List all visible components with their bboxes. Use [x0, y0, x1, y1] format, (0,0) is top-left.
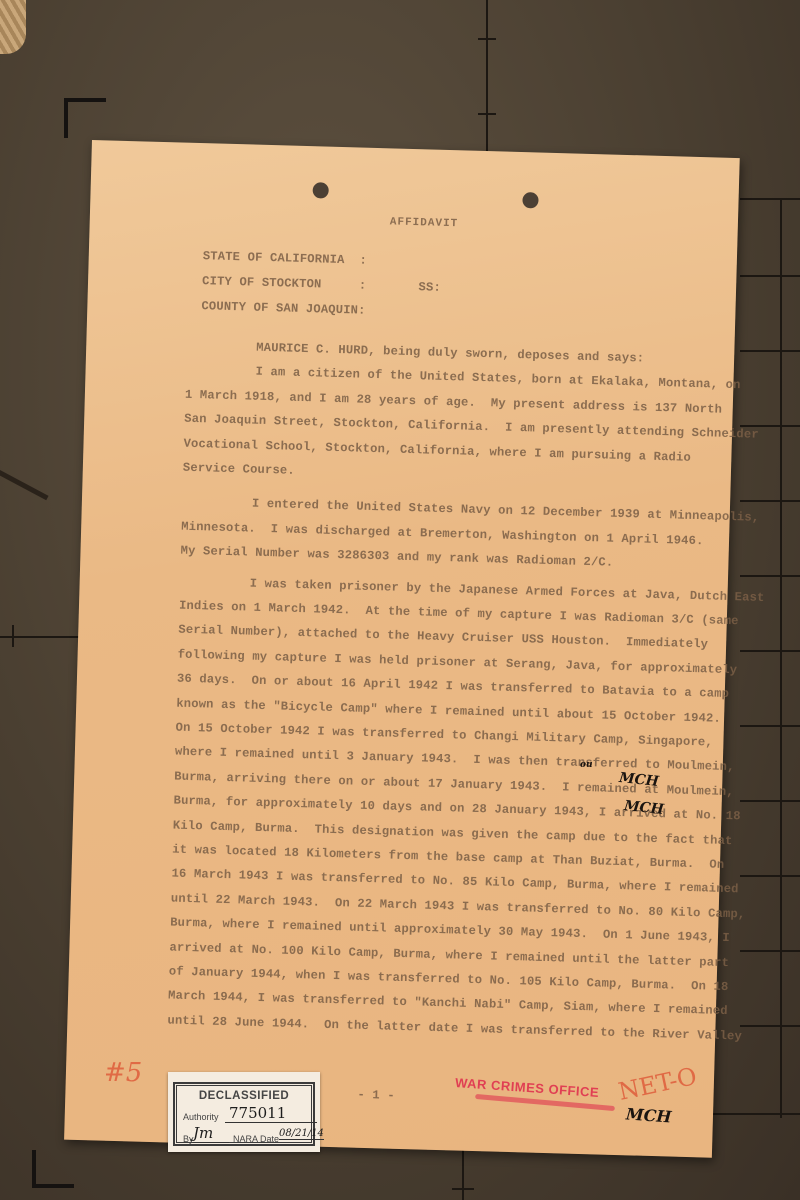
body-line: San Joaquin Street, Stockton, California… [184, 412, 759, 442]
body-line: following my capture I was held prisoner… [177, 647, 737, 677]
grid-line [740, 350, 800, 352]
grid-tick [12, 625, 14, 647]
body-line: My Serial Number was 3286303 and my rank… [180, 544, 613, 570]
grid-line [740, 1025, 800, 1027]
body-line: until 28 June 1944. On the latter date I… [167, 1013, 742, 1043]
body-line: I am a citizen of the United States, bor… [255, 365, 740, 393]
exhibit-number: #5 [104, 1058, 142, 1088]
body-line: Kilo Camp, Burma. This designation was g… [173, 818, 733, 848]
body-line: Serial Number), attached to the Heavy Cr… [178, 623, 708, 652]
grid-line [740, 198, 800, 200]
grid-line [740, 875, 800, 877]
grid-line [740, 575, 800, 577]
body-line: Service Course. [183, 461, 295, 478]
body-line: Indies on 1 March 1942. At the time of m… [179, 599, 739, 629]
body-line: 1 March 1918, and I am 28 years of age. … [185, 387, 723, 416]
corner-mark-bottom-left [32, 1150, 74, 1188]
corner-mark-top-left [64, 98, 106, 138]
body-line: Minnesota. I was discharged at Bremerton… [181, 519, 704, 548]
caption-state: STATE OF CALIFORNIA : [203, 249, 368, 268]
body-line: 36 days. On or about 16 April 1942 I was… [177, 672, 730, 701]
grid-line [740, 950, 800, 952]
body-line: I entered the United States Navy on 12 D… [252, 497, 760, 525]
rope-fragment [0, 0, 26, 54]
by-label: By [183, 1134, 194, 1144]
nara-date-value: 08/21/14 [279, 1128, 324, 1140]
body-line: of January 1944, when I was transferred … [169, 964, 729, 994]
grid-tick [478, 113, 496, 115]
authority-label: Authority [183, 1112, 219, 1122]
body-line: March 1944, I was transferred to "Kanchi… [168, 989, 728, 1019]
body-line: arrived at No. 100 Kilo Camp, Burma, whe… [169, 940, 729, 970]
caption-county: COUNTY OF SAN JOAQUIN: [201, 299, 366, 318]
grid-tick [478, 38, 496, 40]
authority-value: 775011 [225, 1104, 317, 1123]
handwritten-initials: MCH [625, 1104, 672, 1126]
page-number: - 1 - [357, 1088, 395, 1103]
body-line: I was taken prisoner by the Japanese Arm… [249, 576, 764, 604]
affidavit-body: MAURICE C. HURD, being duly sworn, depos… [92, 140, 740, 158]
body-line: known as the "Bicycle Camp" where I rema… [176, 696, 721, 725]
body-line: until 22 March 1943. On 22 March 1943 I … [171, 891, 746, 921]
punch-hole [312, 182, 328, 198]
body-line: it was located 18 Kilometers from the ba… [172, 843, 725, 872]
grid-line [740, 275, 800, 277]
grid-line [486, 0, 488, 160]
grid-line [740, 800, 800, 802]
grid-line [740, 650, 800, 652]
grid-line [700, 1113, 800, 1115]
affidavit-page: AFFIDAVIT STATE OF CALIFORNIA : CITY OF … [64, 140, 740, 1158]
body-line: Burma, where I remained until approximat… [170, 916, 730, 946]
grid-line [740, 500, 800, 502]
body-line: Vocational School, Stockton, California,… [183, 436, 691, 464]
grid-line [740, 725, 800, 727]
nara-date-label: NARA Date [233, 1134, 279, 1144]
by-value: Jm [193, 1124, 229, 1143]
grid-tick [452, 1188, 474, 1190]
declassified-stamp: DECLASSIFIED Authority 775011 By Jm NARA… [168, 1072, 320, 1152]
document-title: AFFIDAVIT [390, 216, 459, 230]
caption-city: CITY OF STOCKTON : SS: [202, 274, 441, 295]
scratch-mark [0, 470, 49, 500]
handwritten-correction-mark: ou [580, 760, 593, 770]
punch-hole [522, 192, 538, 208]
body-line: MAURICE C. HURD, being duly sworn, depos… [256, 341, 644, 366]
body-line: 16 March 1943 I was transferred to No. 8… [171, 867, 738, 897]
body-line: On 15 October 1942 I was transferred to … [175, 721, 713, 750]
body-line: where I remained until 3 January 1943. I… [175, 745, 735, 775]
grid-line [780, 198, 782, 1118]
declassified-title: DECLASSIFIED [175, 1090, 313, 1102]
